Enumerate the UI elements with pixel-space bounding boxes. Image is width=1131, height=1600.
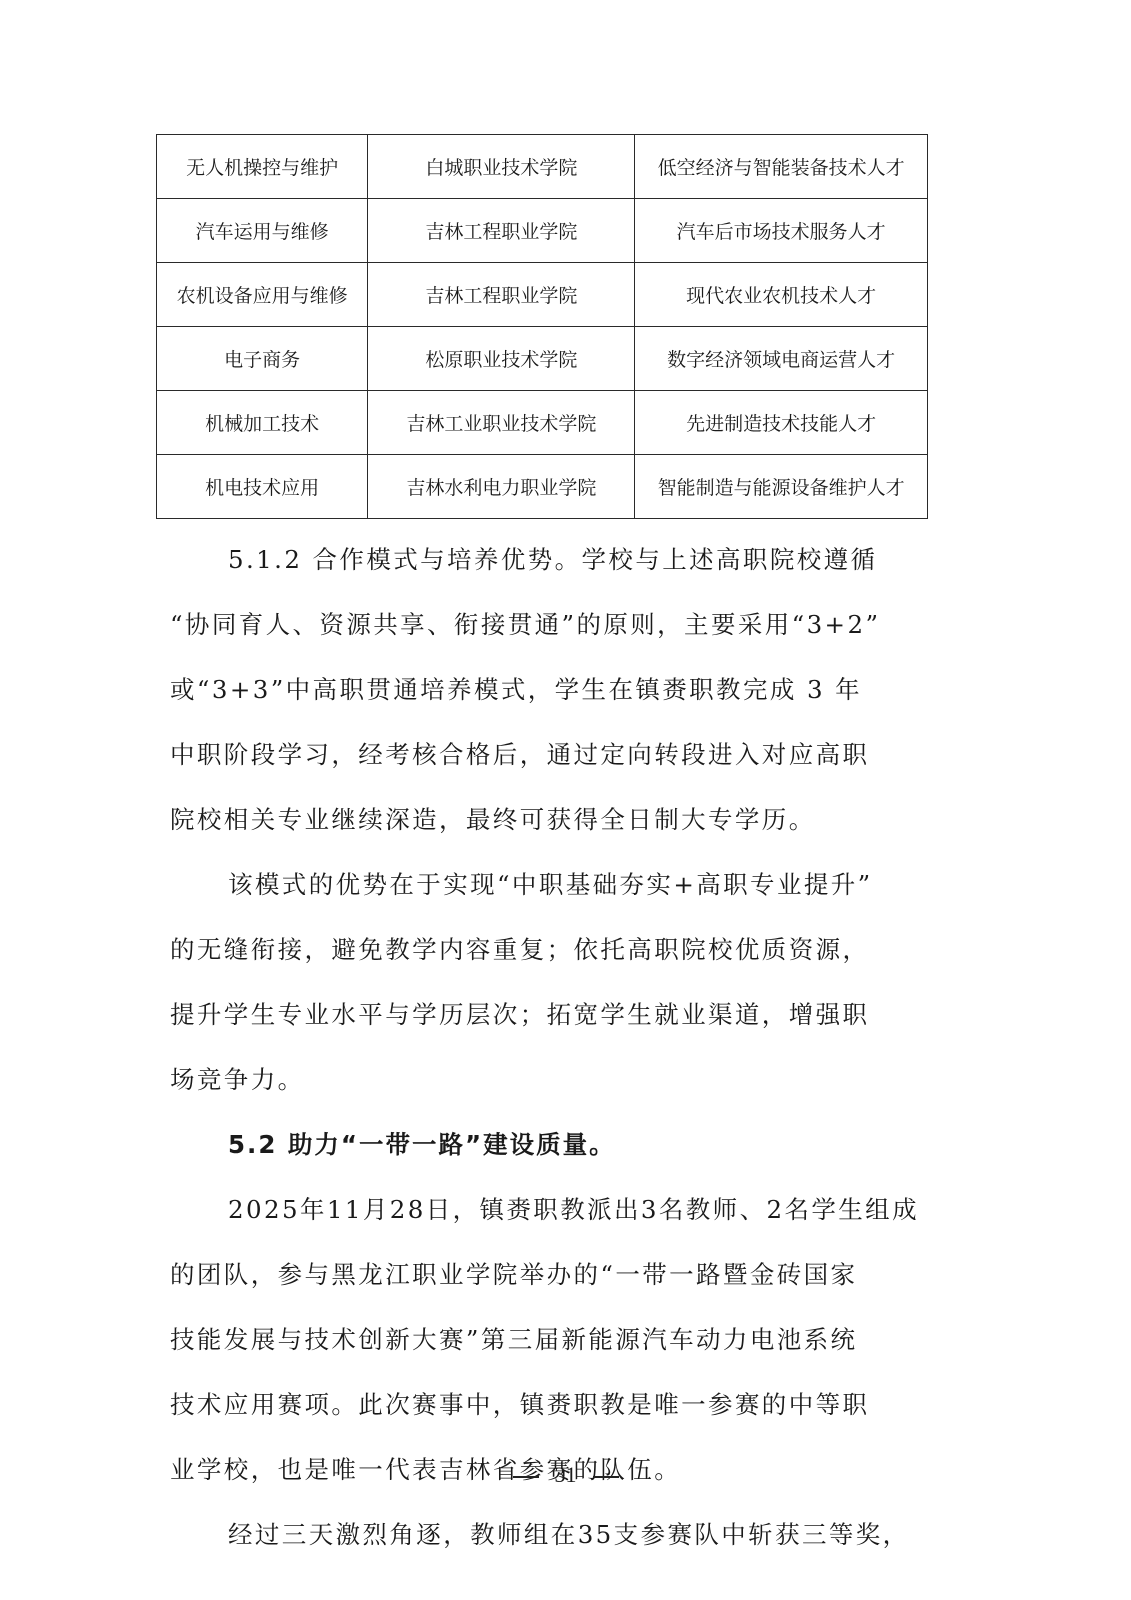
talent-cell: 智能制造与能源设备维护人才: [635, 455, 928, 519]
paragraph-competition: 2025年11月28日，镇赉职教派出3名教师、2名学生组成 的团队，参与黑龙江职…: [170, 1177, 950, 1502]
text-line: 的无缝衔接，避免教学内容重复；依托高职院校优质资源，: [170, 917, 950, 982]
table-row: 农机设备应用与维修 吉林工程职业学院 现代农业农机技术人才: [157, 263, 928, 327]
cooperation-majors-table: 无人机操控与维护 白城职业技术学院 低空经济与智能装备技术人才 汽车运用与维修 …: [156, 134, 928, 519]
page-number-value: 31: [555, 1462, 577, 1487]
paragraph-result: 经过三天激烈角逐，教师组在35支参赛队中斩获三等奖，: [170, 1502, 950, 1567]
major-cell: 电子商务: [157, 327, 368, 391]
page-number: 31: [0, 1462, 1131, 1488]
text-line: 5.1.2 合作模式与培养优势。学校与上述高职院校遵循: [170, 527, 950, 592]
text-line: 技术应用赛项。此次赛事中，镇赉职教是唯一参赛的中等职: [170, 1372, 950, 1437]
table-row: 机械加工技术 吉林工业职业技术学院 先进制造技术技能人才: [157, 391, 928, 455]
talent-cell: 低空经济与智能装备技术人才: [635, 135, 928, 199]
major-cell: 机械加工技术: [157, 391, 368, 455]
major-cell: 汽车运用与维修: [157, 199, 368, 263]
paragraph-cooperation-mode: 5.1.2 合作模式与培养优势。学校与上述高职院校遵循 “协同育人、资源共享、衔…: [170, 527, 950, 852]
text-line: 的团队，参与黑龙江职业学院举办的“一带一路暨金砖国家: [170, 1242, 950, 1307]
college-cell: 吉林水利电力职业学院: [368, 455, 635, 519]
paragraph-mode-advantages: 该模式的优势在于实现“中职基础夯实+高职专业提升” 的无缝衔接，避免教学内容重复…: [170, 852, 950, 1112]
table-row: 汽车运用与维修 吉林工程职业学院 汽车后市场技术服务人才: [157, 199, 928, 263]
college-cell: 白城职业技术学院: [368, 135, 635, 199]
table-row: 机电技术应用 吉林水利电力职业学院 智能制造与能源设备维护人才: [157, 455, 928, 519]
dash-decoration: [593, 1476, 619, 1478]
college-cell: 吉林工业职业技术学院: [368, 391, 635, 455]
text-line: 提升学生专业水平与学历层次；拓宽学生就业渠道，增强职: [170, 982, 950, 1047]
text-line: 场竞争力。: [170, 1047, 950, 1112]
text-line: 该模式的优势在于实现“中职基础夯实+高职专业提升”: [170, 852, 950, 917]
text-line: 技能发展与技术创新大赛”第三届新能源汽车动力电池系统: [170, 1307, 950, 1372]
major-cell: 无人机操控与维护: [157, 135, 368, 199]
talent-cell: 数字经济领域电商运营人才: [635, 327, 928, 391]
dash-decoration: [513, 1476, 539, 1478]
table-row: 电子商务 松原职业技术学院 数字经济领域电商运营人才: [157, 327, 928, 391]
talent-cell: 汽车后市场技术服务人才: [635, 199, 928, 263]
text-line: 或“3+3”中高职贯通培养模式，学生在镇赉职教完成 3 年: [170, 657, 950, 722]
text-line: 经过三天激烈角逐，教师组在35支参赛队中斩获三等奖，: [170, 1502, 950, 1567]
body-text: 5.1.2 合作模式与培养优势。学校与上述高职院校遵循 “协同育人、资源共享、衔…: [170, 527, 950, 1567]
section-heading: 5.2 助力“一带一路”建设质量。: [170, 1112, 950, 1177]
college-cell: 松原职业技术学院: [368, 327, 635, 391]
talent-cell: 现代农业农机技术人才: [635, 263, 928, 327]
text-line: “协同育人、资源共享、衔接贯通”的原则，主要采用“3+2”: [170, 592, 950, 657]
college-cell: 吉林工程职业学院: [368, 199, 635, 263]
college-cell: 吉林工程职业学院: [368, 263, 635, 327]
text-line: 中职阶段学习，经考核合格后，通过定向转段进入对应高职: [170, 722, 950, 787]
talent-cell: 先进制造技术技能人才: [635, 391, 928, 455]
text-line: 院校相关专业继续深造，最终可获得全日制大专学历。: [170, 787, 950, 852]
table-row: 无人机操控与维护 白城职业技术学院 低空经济与智能装备技术人才: [157, 135, 928, 199]
major-cell: 农机设备应用与维修: [157, 263, 368, 327]
document-page: 无人机操控与维护 白城职业技术学院 低空经济与智能装备技术人才 汽车运用与维修 …: [0, 0, 1131, 1600]
major-cell: 机电技术应用: [157, 455, 368, 519]
text-line: 2025年11月28日，镇赉职教派出3名教师、2名学生组成: [170, 1177, 950, 1242]
